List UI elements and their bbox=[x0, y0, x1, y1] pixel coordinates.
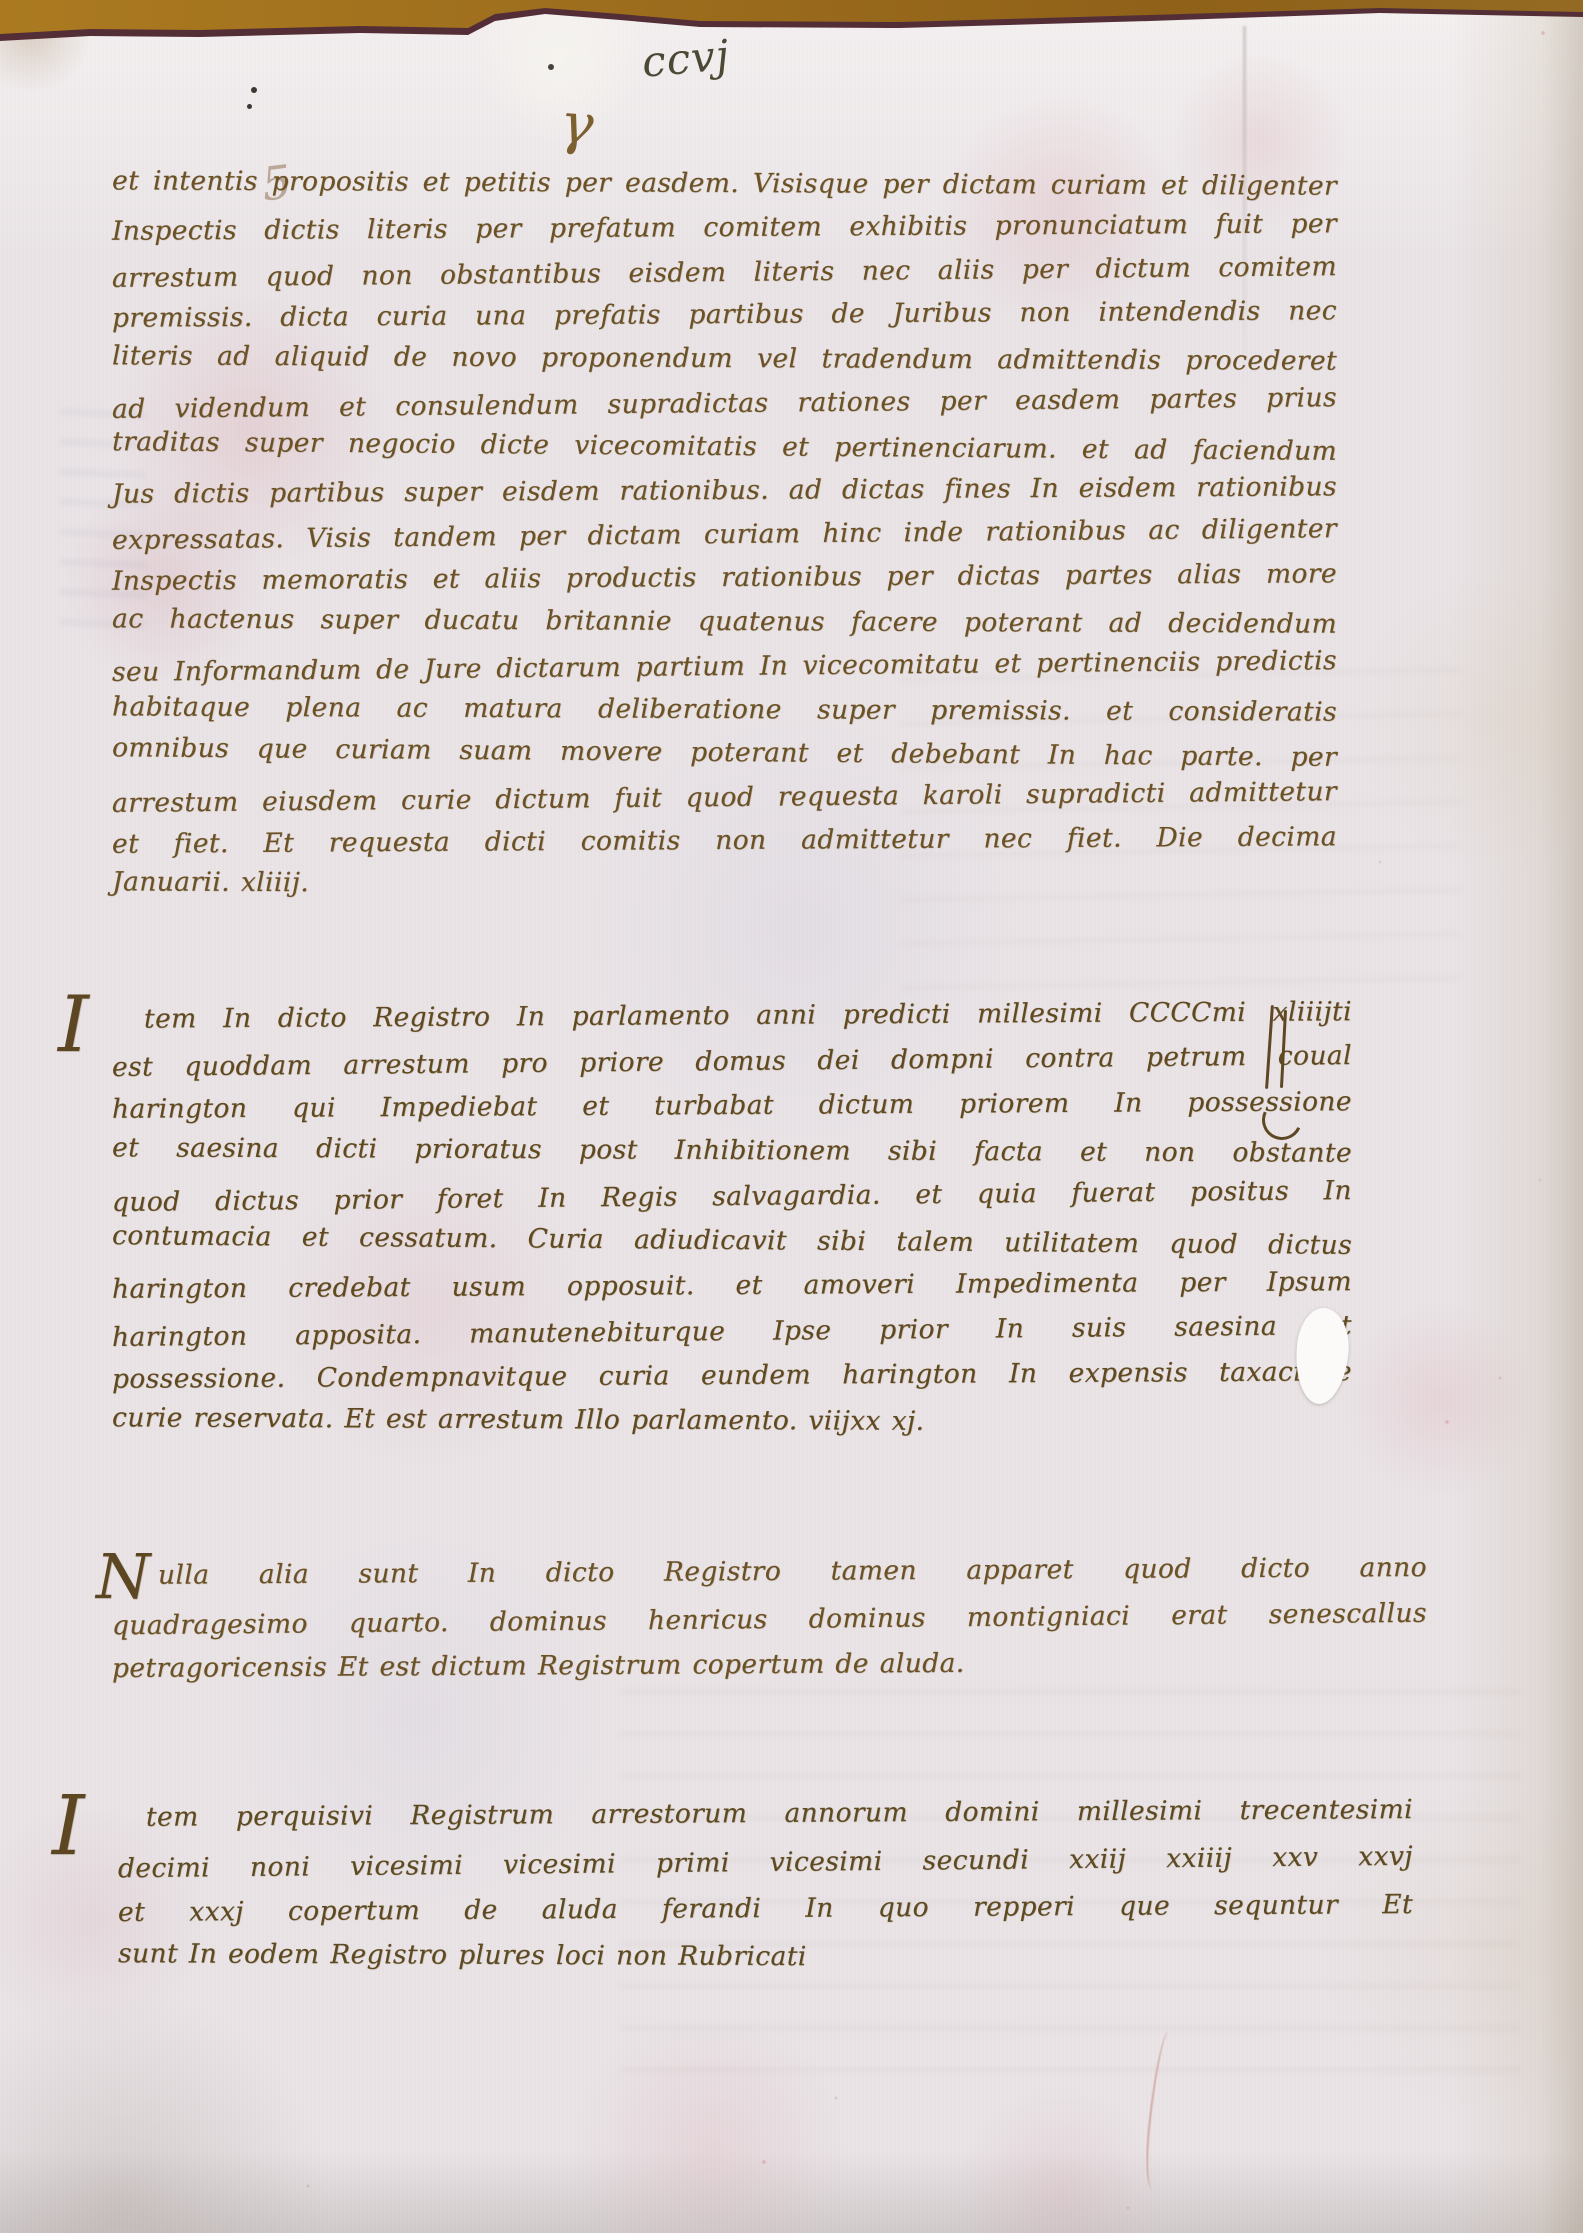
ink-dot bbox=[251, 87, 257, 93]
manuscript-line: sunt In eodem Registro plures loci non R… bbox=[118, 1938, 1413, 1991]
manuscript-line: possessione. Condempnavitque curia eunde… bbox=[112, 1356, 1352, 1409]
manuscript-line: ulla alia sunt In dicto Registro tamen a… bbox=[112, 1552, 1427, 1607]
initial-letter: I bbox=[52, 1786, 84, 1868]
paragraph-1: et intentis propositis et petitis per ea… bbox=[112, 168, 1337, 913]
manuscript-line: harington qui Impediebat et turbabat dic… bbox=[112, 1086, 1352, 1139]
paraph-mark-icon: γ bbox=[558, 91, 596, 158]
manuscript-line: Januarii. xliiij. bbox=[112, 866, 1337, 915]
folio-number: ccvj bbox=[640, 30, 732, 86]
manuscript-line: premissis. dicta curia una prefatis part… bbox=[112, 296, 1337, 347]
paragraph-4: I tem perquisivi Registrum arrestorum an… bbox=[118, 1798, 1413, 1988]
manuscript-line: ac hactenus super ducatu britannie quate… bbox=[112, 603, 1337, 652]
ink-dot bbox=[247, 104, 252, 109]
manuscript-line: et fiet. Et requesta dicti comitis non a… bbox=[112, 821, 1337, 872]
manuscript-line: Inspectis dictis literis per prefatum co… bbox=[112, 208, 1337, 259]
manuscript-line: curie reservata. Et est arrestum Illo pa… bbox=[112, 1402, 1352, 1452]
manuscript-line: tem perquisivi Registrum arrestorum anno… bbox=[118, 1794, 1413, 1849]
manuscript-line: petragoricensis Et est dictum Registrum … bbox=[112, 1645, 1427, 1700]
manuscript-line: et intentis propositis et petitis per ea… bbox=[112, 165, 1337, 214]
ink-dot bbox=[548, 64, 554, 70]
paragraph-3: N ulla alia sunt In dicto Registro tamen… bbox=[112, 1556, 1427, 1696]
manuscript-line: et xxxj copertum de aluda ferandi In quo… bbox=[118, 1889, 1413, 1944]
paragraph-2: I tem In dicto Registro In parlamento an… bbox=[112, 1000, 1352, 1450]
manuscript-line: et saesina dicti prioratus post Inhibiti… bbox=[112, 1132, 1352, 1182]
initial-letter: I bbox=[58, 986, 89, 1064]
manuscript-line: Inspectis memoratis et aliis productis r… bbox=[112, 558, 1337, 609]
manuscript-line: literis ad aliquid de novo proponendum v… bbox=[112, 341, 1337, 390]
manuscript-photo: ccvj γ 5 et intentis propositis et petit… bbox=[0, 0, 1583, 2233]
